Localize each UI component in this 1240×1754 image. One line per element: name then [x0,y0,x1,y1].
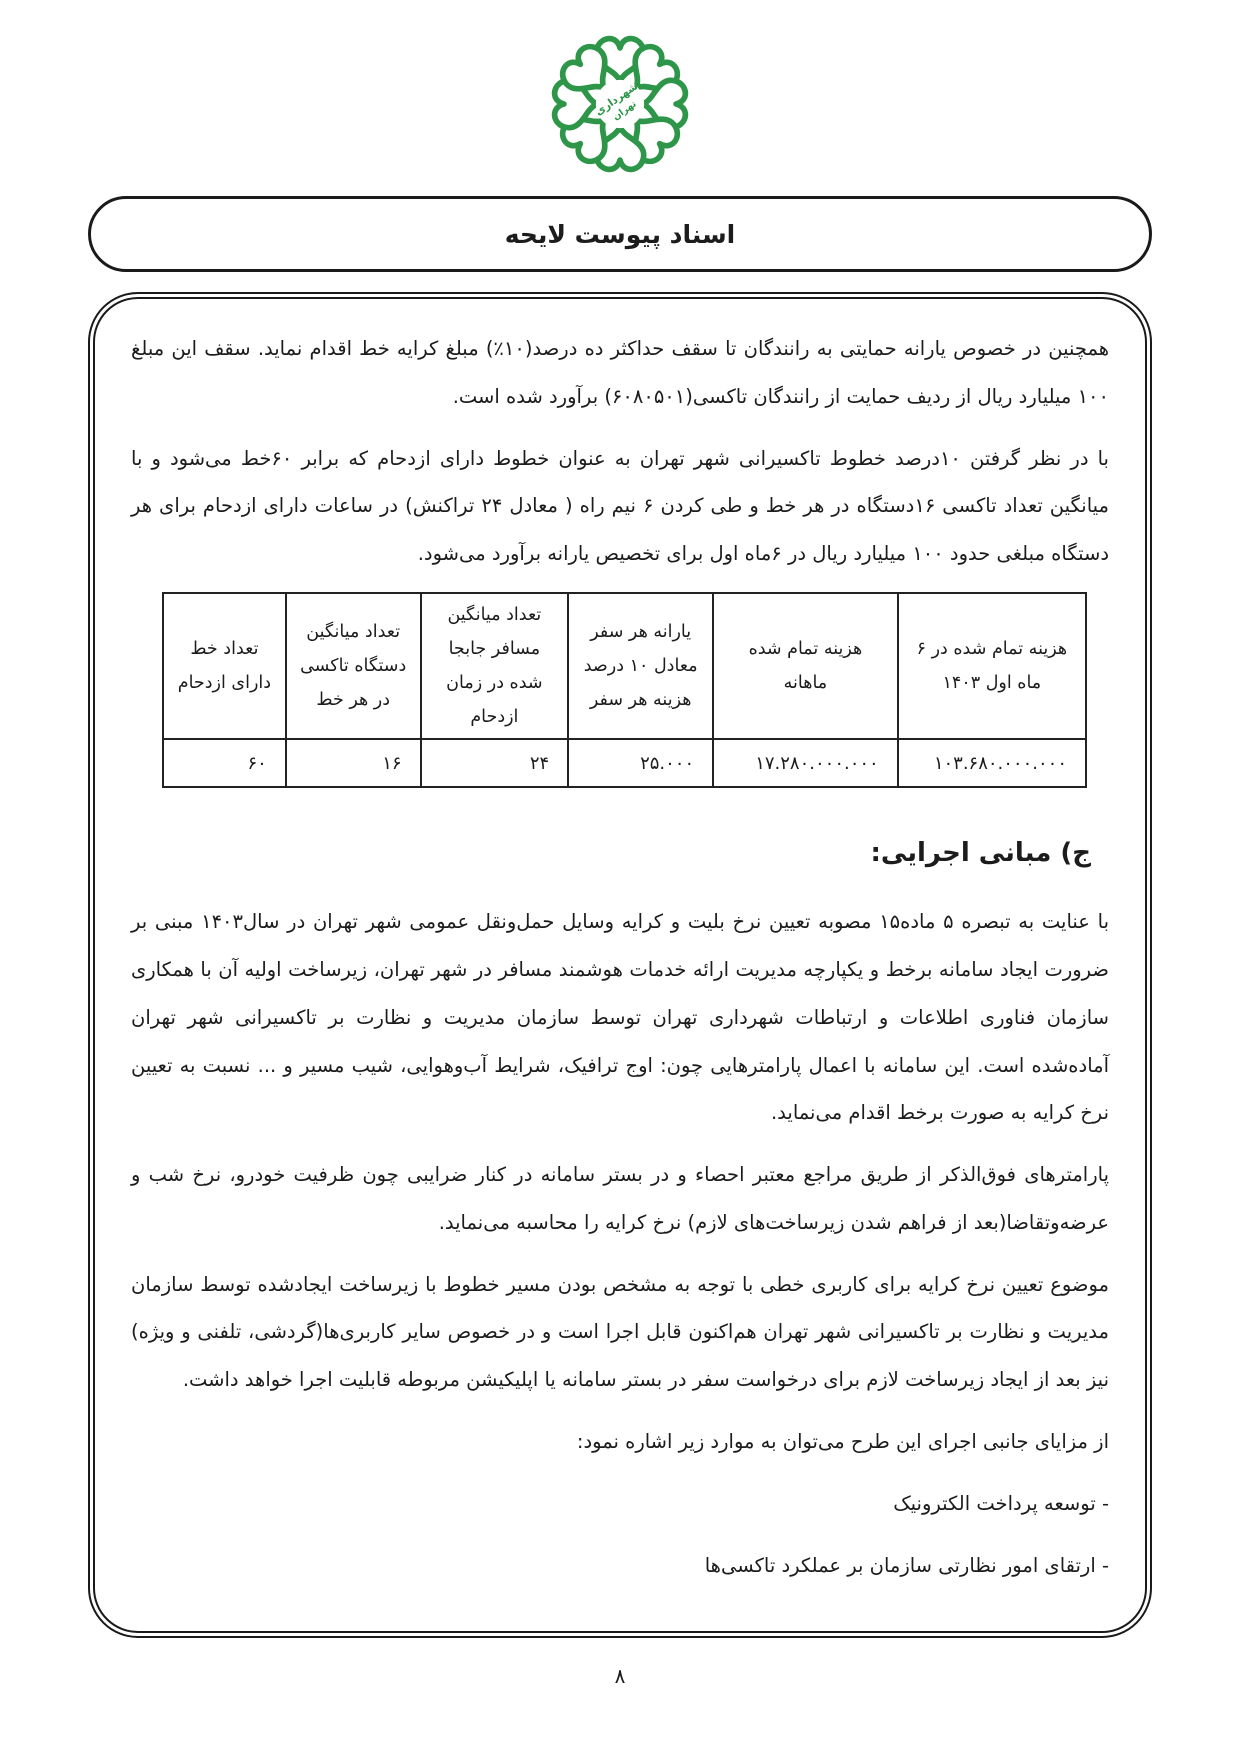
paragraph-parameters: پارامترهای فوق‌الذکر از طریق مراجع معتبر… [131,1151,1109,1247]
table-value-cost-6months: ۱۰۳.۶۸۰.۰۰۰.۰۰۰ [898,739,1086,787]
table-value-row: ۱۰۳.۶۸۰.۰۰۰.۰۰۰ ۱۷.۲۸۰.۰۰۰.۰۰۰ ۲۵.۰۰۰ ۲۴… [163,739,1086,787]
table-header-passengers-moved: تعداد میانگین مسافر جابجا شده در زمان از… [421,593,569,740]
table-value-passengers-moved: ۲۴ [421,739,569,787]
table-header-cost-6months: هزینه تمام شده در ۶ ماه اول ۱۴۰۳ [898,593,1086,740]
document-header-banner: اسناد پیوست لایحه [88,196,1152,272]
benefit-item-electronic-payment: - توسعه پرداخت الکترونیک [131,1480,1109,1528]
page-number: ۸ [0,1664,1240,1688]
paragraph-benefits-intro: از مزایای جانبی اجرای این طرح می‌توان به… [131,1418,1109,1466]
document-page: شهرداری تهران اسناد پیوست لایحه همچنین د… [0,0,1240,1754]
table-header-row: هزینه تمام شده در ۶ ماه اول ۱۴۰۳ هزینه ت… [163,593,1086,740]
document-header-title: اسناد پیوست لایحه [505,220,735,249]
table-value-cost-monthly: ۱۷.۲۸۰.۰۰۰.۰۰۰ [713,739,898,787]
table-header-cost-monthly: هزینه تمام شده ماهانه [713,593,898,740]
table-value-subsidy-per-trip: ۲۵.۰۰۰ [568,739,713,787]
subsidy-cost-table: هزینه تمام شده در ۶ ماه اول ۱۴۰۳ هزینه ت… [162,592,1087,789]
table-header-subsidy-per-trip: یارانه هر سفر معادل ۱۰ درصد هزینه هر سفر [568,593,713,740]
table-header-congested-lines: تعداد خط دارای ازدحام [163,593,286,740]
document-body-frame: همچنین در خصوص یارانه حمایتی به رانندگان… [88,292,1152,1638]
table-header-taxis-per-line: تعداد میانگین دستگاه تاکسی در هر خط [286,593,421,740]
paragraph-subsidy-cap: همچنین در خصوص یارانه حمایتی به رانندگان… [131,325,1109,421]
table-value-congested-lines: ۶۰ [163,739,286,787]
paragraph-linear-fare: موضوع تعیین نرخ کرایه برای کاربری خطی با… [131,1261,1109,1404]
section-heading-executive-basis: ج) مبانی اجرایی: [131,838,1091,868]
table-value-taxis-per-line: ۱۶ [286,739,421,787]
tehran-municipality-logo-icon: شهرداری تهران [547,33,693,175]
tehran-municipality-logo: شهرداری تهران [547,33,693,175]
benefit-item-supervision: - ارتقای امور نظارتی سازمان بر عملکرد تا… [131,1542,1109,1590]
paragraph-congestion-estimate: با در نظر گرفتن ۱۰درصد خطوط تاکسیرانی شه… [131,435,1109,578]
paragraph-online-system: با عنایت به تبصره ۵ ماده۱۵ مصوبه تعیین ن… [131,898,1109,1137]
